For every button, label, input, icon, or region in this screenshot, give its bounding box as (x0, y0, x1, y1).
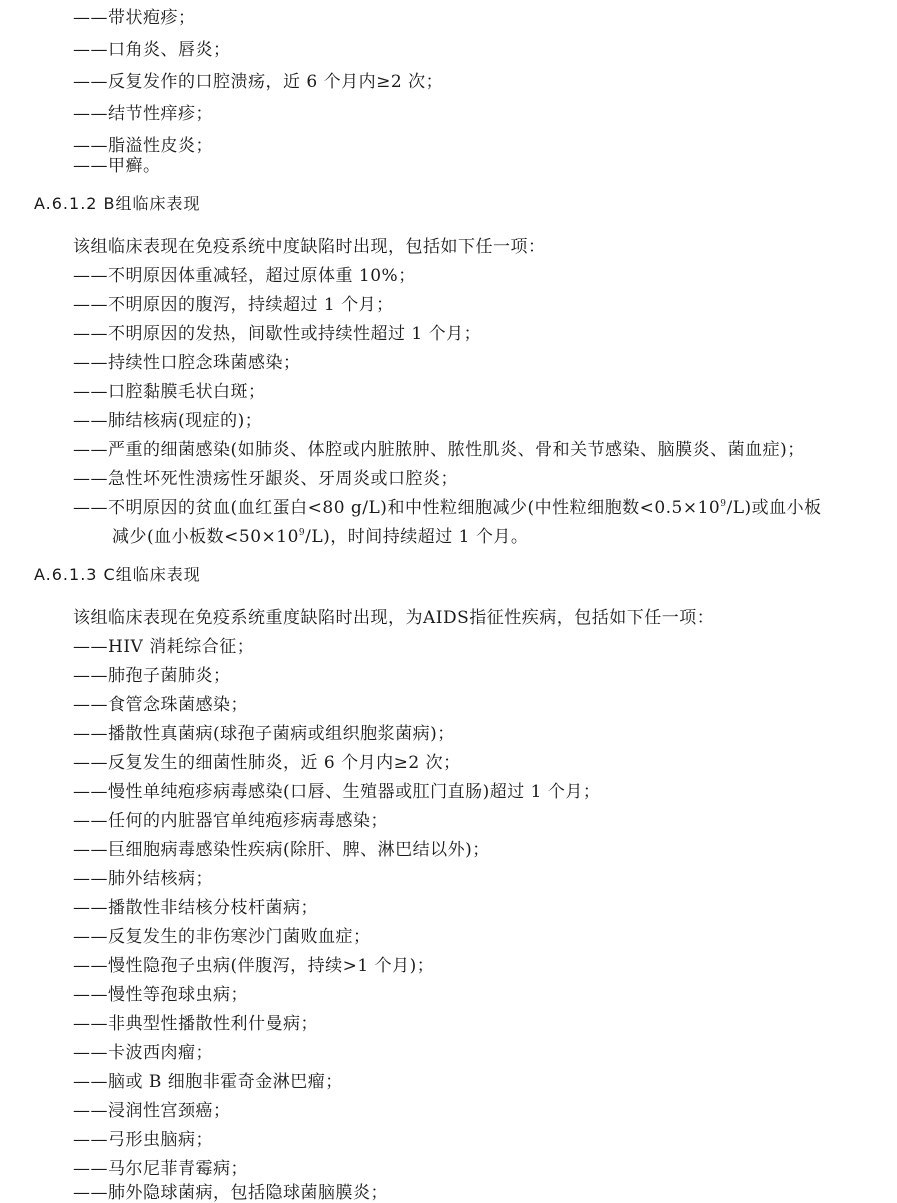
section-heading-b: A.6.1.2 B组临床表现 (34, 192, 201, 216)
list-item: ——非典型性播散性利什曼病； (73, 1012, 318, 1036)
list-item: ——甲癣。 (73, 154, 161, 178)
list-item: ——慢性等孢球虫病； (73, 983, 248, 1007)
list-item: ——肺结核病(现症的)； (73, 409, 262, 433)
list-item: ——任何的内脏器官单纯疱疹病毒感染； (73, 809, 388, 833)
list-item: ——不明原因的腹泻，持续超过 1 个月； (73, 293, 394, 317)
list-item: ——结节性痒疹； (73, 102, 213, 126)
list-item: ——肺孢子菌肺炎； (73, 664, 231, 688)
list-item-continuation: 减少(血小板数<50×109/L)，时间持续超过 1 个月。 (112, 525, 528, 549)
list-item: ——卡波西肉瘤； (73, 1041, 213, 1065)
list-item: ——不明原因体重减轻，超过原体重 10%； (73, 264, 416, 288)
list-item-text: /L)，时间持续超过 1 个月。 (305, 527, 528, 547)
list-item-text: /L)或血小板 (726, 498, 821, 518)
list-item: ——肺外结核病； (73, 867, 213, 891)
section-intro-c: 该组临床表现在免疫系统重度缺陷时出现，为AIDS指征性疾病，包括如下任一项： (73, 606, 714, 630)
list-item: ——带状疱疹； (73, 6, 196, 30)
list-item: ——肺外隐球菌病，包括隐球菌脑膜炎； (73, 1181, 388, 1203)
list-item-text: ——不明原因的贫血(血红蛋白<80 g/L)和中性粒细胞减少(中性粒细胞数<0.… (73, 498, 720, 518)
list-item: ——反复发生的细菌性肺炎，近 6 个月内≥2 次； (73, 751, 461, 775)
list-item: ——巨细胞病毒感染性疾病(除肝、脾、淋巴结以外)； (73, 838, 490, 862)
list-item: ——播散性真菌病(球孢子菌病或组织胞浆菌病)； (73, 722, 455, 746)
list-item: ——马尔尼菲青霉病； (73, 1157, 248, 1181)
list-item: ——严重的细菌感染(如肺炎、体腔或内脏脓肿、脓性肌炎、骨和关节感染、脑膜炎、菌血… (73, 438, 805, 462)
list-item: ——不明原因的发热，间歇性或持续性超过 1 个月； (73, 322, 481, 346)
list-item: ——脑或 B 细胞非霍奇金淋巴瘤； (73, 1070, 343, 1094)
list-item: ——不明原因的贫血(血红蛋白<80 g/L)和中性粒细胞减少(中性粒细胞数<0.… (73, 496, 822, 520)
list-item-text: 减少(血小板数<50×10 (112, 527, 299, 547)
section-heading-c: A.6.1.3 C组临床表现 (34, 563, 201, 587)
list-item: ——反复发作的口腔溃疡，近 6 个月内≥2 次； (73, 70, 443, 94)
list-item: ——HIV 消耗综合征； (73, 635, 254, 659)
list-item: ——口腔黏膜毛状白斑； (73, 380, 266, 404)
section-intro-b: 该组临床表现在免疫系统中度缺陷时出现，包括如下任一项： (73, 235, 546, 259)
list-item: ——浸润性宫颈癌； (73, 1099, 231, 1123)
list-item: ——食管念珠菌感染； (73, 693, 248, 717)
list-item: ——慢性隐孢子虫病(伴腹泻，持续>1 个月)； (73, 954, 434, 978)
list-item: ——持续性口腔念珠菌感染； (73, 351, 301, 375)
list-item: ——口角炎、唇炎； (73, 38, 231, 62)
list-item: ——慢性单纯疱疹病毒感染(口唇、生殖器或肛门直肠)超过 1 个月； (73, 780, 600, 804)
list-item: ——急性坏死性溃疡性牙龈炎、牙周炎或口腔炎； (73, 467, 458, 491)
list-item: ——反复发生的非伤寒沙门菌败血症； (73, 925, 371, 949)
list-item: ——播散性非结核分枝杆菌病； (73, 896, 318, 920)
list-item: ——弓形虫脑病； (73, 1128, 213, 1152)
